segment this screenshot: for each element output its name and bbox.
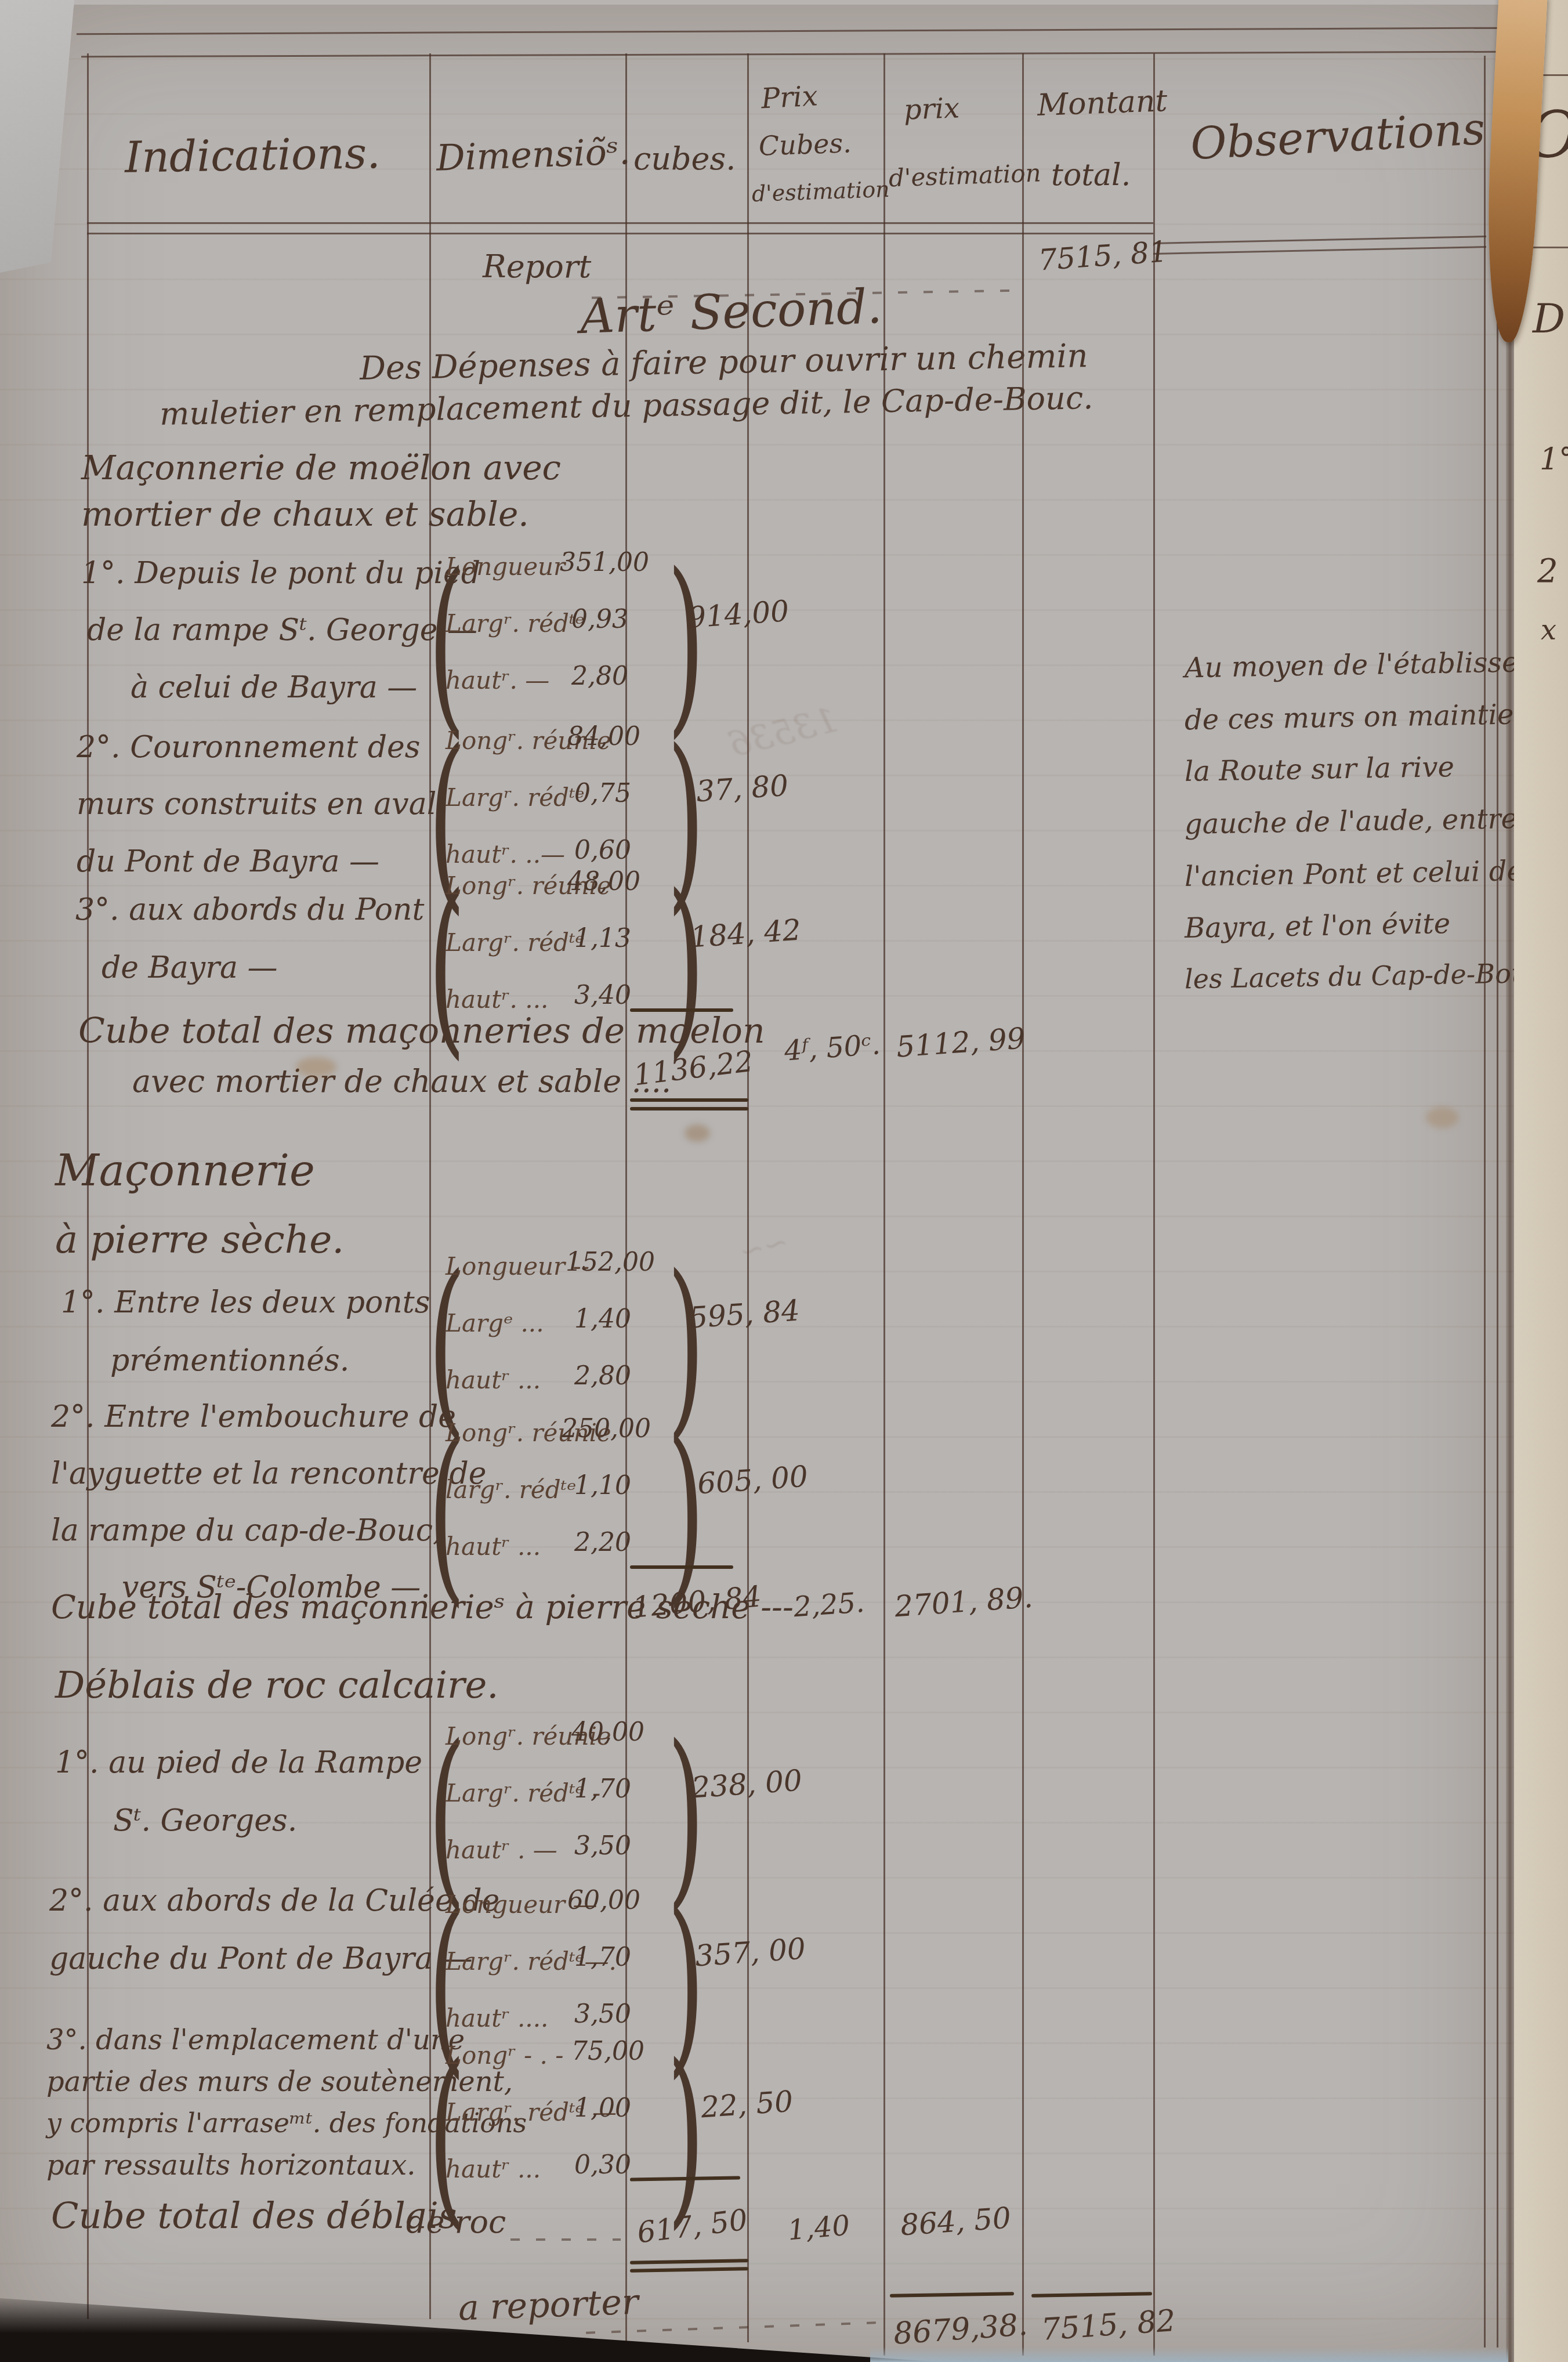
paper-stain [685, 1124, 710, 1142]
paper-stain [1426, 1107, 1458, 1128]
section2-heading-2: à pierre sèche. [55, 1217, 344, 1262]
item-cube-value: 22, 50 [700, 2085, 794, 2125]
dim-value: 0,93 [571, 605, 628, 634]
item-cube-value: 37, 80 [695, 769, 790, 809]
page-gap-shadow [1506, 0, 1514, 2362]
total-leader [510, 2238, 621, 2241]
next-page-fragment: D [1533, 295, 1565, 342]
col-header-prixcubes-1: Prix [761, 79, 819, 115]
section2-heading-1: Maçonnerie [55, 1146, 315, 1196]
section-total-prix: 4ᶠ, 50ᶜ. [783, 1028, 881, 1067]
next-page-fragment: 1° [1540, 442, 1568, 477]
dim-label: hautʳ ... [446, 1532, 541, 1561]
item-desc-line: de la rampe Sᵗ. George — [87, 613, 477, 648]
photo-canvas: Indications. Dimensiõˢ. cubes. Prix Cube… [0, 0, 1568, 2362]
dim-label: Largʳ. rédᵗᵉ [446, 783, 585, 812]
footer-label: a reporter [458, 2282, 639, 2329]
cube-total-rule-above [630, 1565, 733, 1569]
paper-stain [296, 1057, 336, 1077]
item-desc-line: du Pont de Bayra — [77, 844, 379, 879]
col-header-prixcubes-3: d'estimation [751, 176, 890, 207]
cube-total-rule-below-2 [630, 1107, 748, 1111]
dim-value: 1,70 [574, 1943, 631, 1972]
col-header-dimensions: Dimensiõˢ. [436, 130, 631, 179]
report-label: Report [483, 248, 591, 285]
next-page-fragment: 2 [1537, 552, 1558, 590]
dim-label: hautʳ . — [446, 1836, 557, 1864]
dim-label: Largʳ. rédᵗᵉ [446, 609, 585, 638]
item-desc-line: 2°. Entre l'embouchure de [51, 1399, 456, 1434]
dim-value: 1,10 [574, 1471, 631, 1500]
page-edge-rule-2 [1497, 56, 1498, 2347]
dim-value: 351,00 [560, 548, 649, 577]
dim-label: Largᵉ ... [446, 1309, 544, 1337]
observation-line: l'ancien Pont et celui de [1185, 855, 1524, 893]
dim-label: largʳ. rédᵗᵉ [446, 1475, 576, 1504]
item-desc-line: l'ayguette et la rencontre de [51, 1456, 486, 1491]
dim-label: hautʳ. — [446, 666, 549, 695]
dim-label: hautʳ. ... [446, 985, 548, 1014]
item-desc-line: de Bayra — [102, 950, 278, 985]
dim-value: 152,00 [566, 1247, 655, 1277]
col-header-indications: Indications. [124, 128, 381, 183]
article-title: Artᵉ Second. [580, 279, 883, 345]
dim-label: hautʳ ... [446, 1366, 541, 1394]
dim-value: 1,70 [574, 1774, 631, 1804]
dim-value: 1,00 [574, 2093, 631, 2123]
col-header-montant-1: Montant [1037, 84, 1168, 123]
dim-value: 75,00 [571, 2037, 644, 2066]
item-desc-line: gauche du Pont de Bayra — [49, 1941, 473, 1976]
dim-value: 3,40 [574, 981, 631, 1010]
item-desc-line: par ressaults horizontaux. [46, 2149, 416, 2182]
dim-value: 84,00 [567, 722, 640, 751]
section-total-label: Cube total des maçonneries de moelon [78, 1011, 765, 1051]
dim-label: hautʳ ... [446, 2155, 541, 2183]
section3-heading: Déblais de roc calcaire. [55, 1664, 499, 1707]
item-desc-line: la rampe du cap-de-Bouc, [51, 1513, 443, 1548]
section-total-label: avec mortier de chaux et sable .... [132, 1063, 671, 1099]
item-desc-line: 3°. aux abords du Pont [75, 892, 424, 927]
observation-line: Bayra, et l'on évite [1185, 907, 1451, 945]
page-edge-rule-1 [1484, 56, 1486, 2347]
section-total-label: Cube total des déblais [51, 2194, 457, 2237]
dim-value: 1,13 [574, 924, 631, 953]
column-line-observations [1153, 53, 1155, 2356]
observation-line: de ces murs on maintient [1185, 698, 1543, 737]
item-desc-line: murs construits en aval [77, 787, 436, 822]
item-cube-value: 914,00 [686, 594, 790, 635]
dim-value: 2,80 [574, 1361, 631, 1391]
observation-line: la Route sur la rive [1185, 751, 1455, 788]
dim-label: Longʳ - . - [446, 2041, 563, 2070]
dim-value: 3,50 [574, 1831, 631, 1861]
dim-value: 250,00 [562, 1414, 651, 1444]
dim-value: 2,80 [571, 661, 628, 691]
col-header-prix-2: d'estimation [888, 158, 1041, 192]
section1-heading-2: mortier de chaux et sable. [81, 494, 529, 534]
dim-label: Largʳ. rédᵗᵉ [446, 928, 585, 957]
dim-value: 3,50 [574, 1999, 631, 2029]
section-total-prix: 2,25. [792, 1586, 866, 1623]
section-total-prix: 1,40 [787, 2209, 851, 2247]
header-bottom-rule-1 [87, 222, 1153, 224]
next-page-edge: Ɔ D 1° 2 x [1514, 0, 1568, 2362]
dim-value: 0,30 [574, 2150, 631, 2180]
col-header-montant-2: total. [1051, 158, 1131, 193]
item-desc-line: Sᵗ. Georges. [113, 1803, 297, 1838]
item-desc-line: prémentionnés. [110, 1343, 349, 1378]
item-desc-line: 3°. dans l'emplacement d'une [46, 2024, 465, 2056]
dim-value: 48,00 [567, 867, 640, 896]
table-surface-hint [870, 2347, 1508, 2362]
col-header-prix-1: prix [903, 92, 960, 126]
next-page-fragment: x [1541, 614, 1556, 646]
observation-line: gauche de l'aude, entre [1185, 802, 1518, 841]
item-desc-line: 2°. Couronnement des [77, 730, 420, 765]
cube-total-rule-below-1 [630, 1098, 748, 1102]
dim-value: 60,00 [567, 1886, 640, 1915]
item-desc-line: à celui de Bayra — [131, 670, 417, 705]
dim-value: 0,75 [574, 779, 631, 808]
dim-value: 0,60 [574, 835, 631, 865]
item-desc-line: 1°. Depuis le pont du pied [81, 556, 480, 591]
col-header-cubes: cubes. [633, 140, 736, 177]
header-bottom-rule-2 [87, 233, 1153, 234]
section1-heading-1: Maçonnerie de moëlon avec [81, 448, 561, 487]
dim-value: 2,20 [574, 1528, 631, 1557]
col-header-prixcubes-2: Cubes. [758, 127, 852, 162]
observation-line: les Lacets du Cap-de-Bouc. [1185, 957, 1552, 994]
dim-value: 40,00 [571, 1717, 644, 1747]
dim-value: 1,40 [574, 1304, 631, 1334]
section-total-label: de roc [406, 2204, 506, 2240]
item-desc-line: 1°. au pied de la Rampe [55, 1745, 422, 1780]
dim-label: Longueur [446, 552, 565, 581]
observation-line: Au moyen de l'établissemᵗ [1185, 645, 1552, 684]
item-desc-line: 1°. Entre les deux ponts [61, 1285, 430, 1320]
